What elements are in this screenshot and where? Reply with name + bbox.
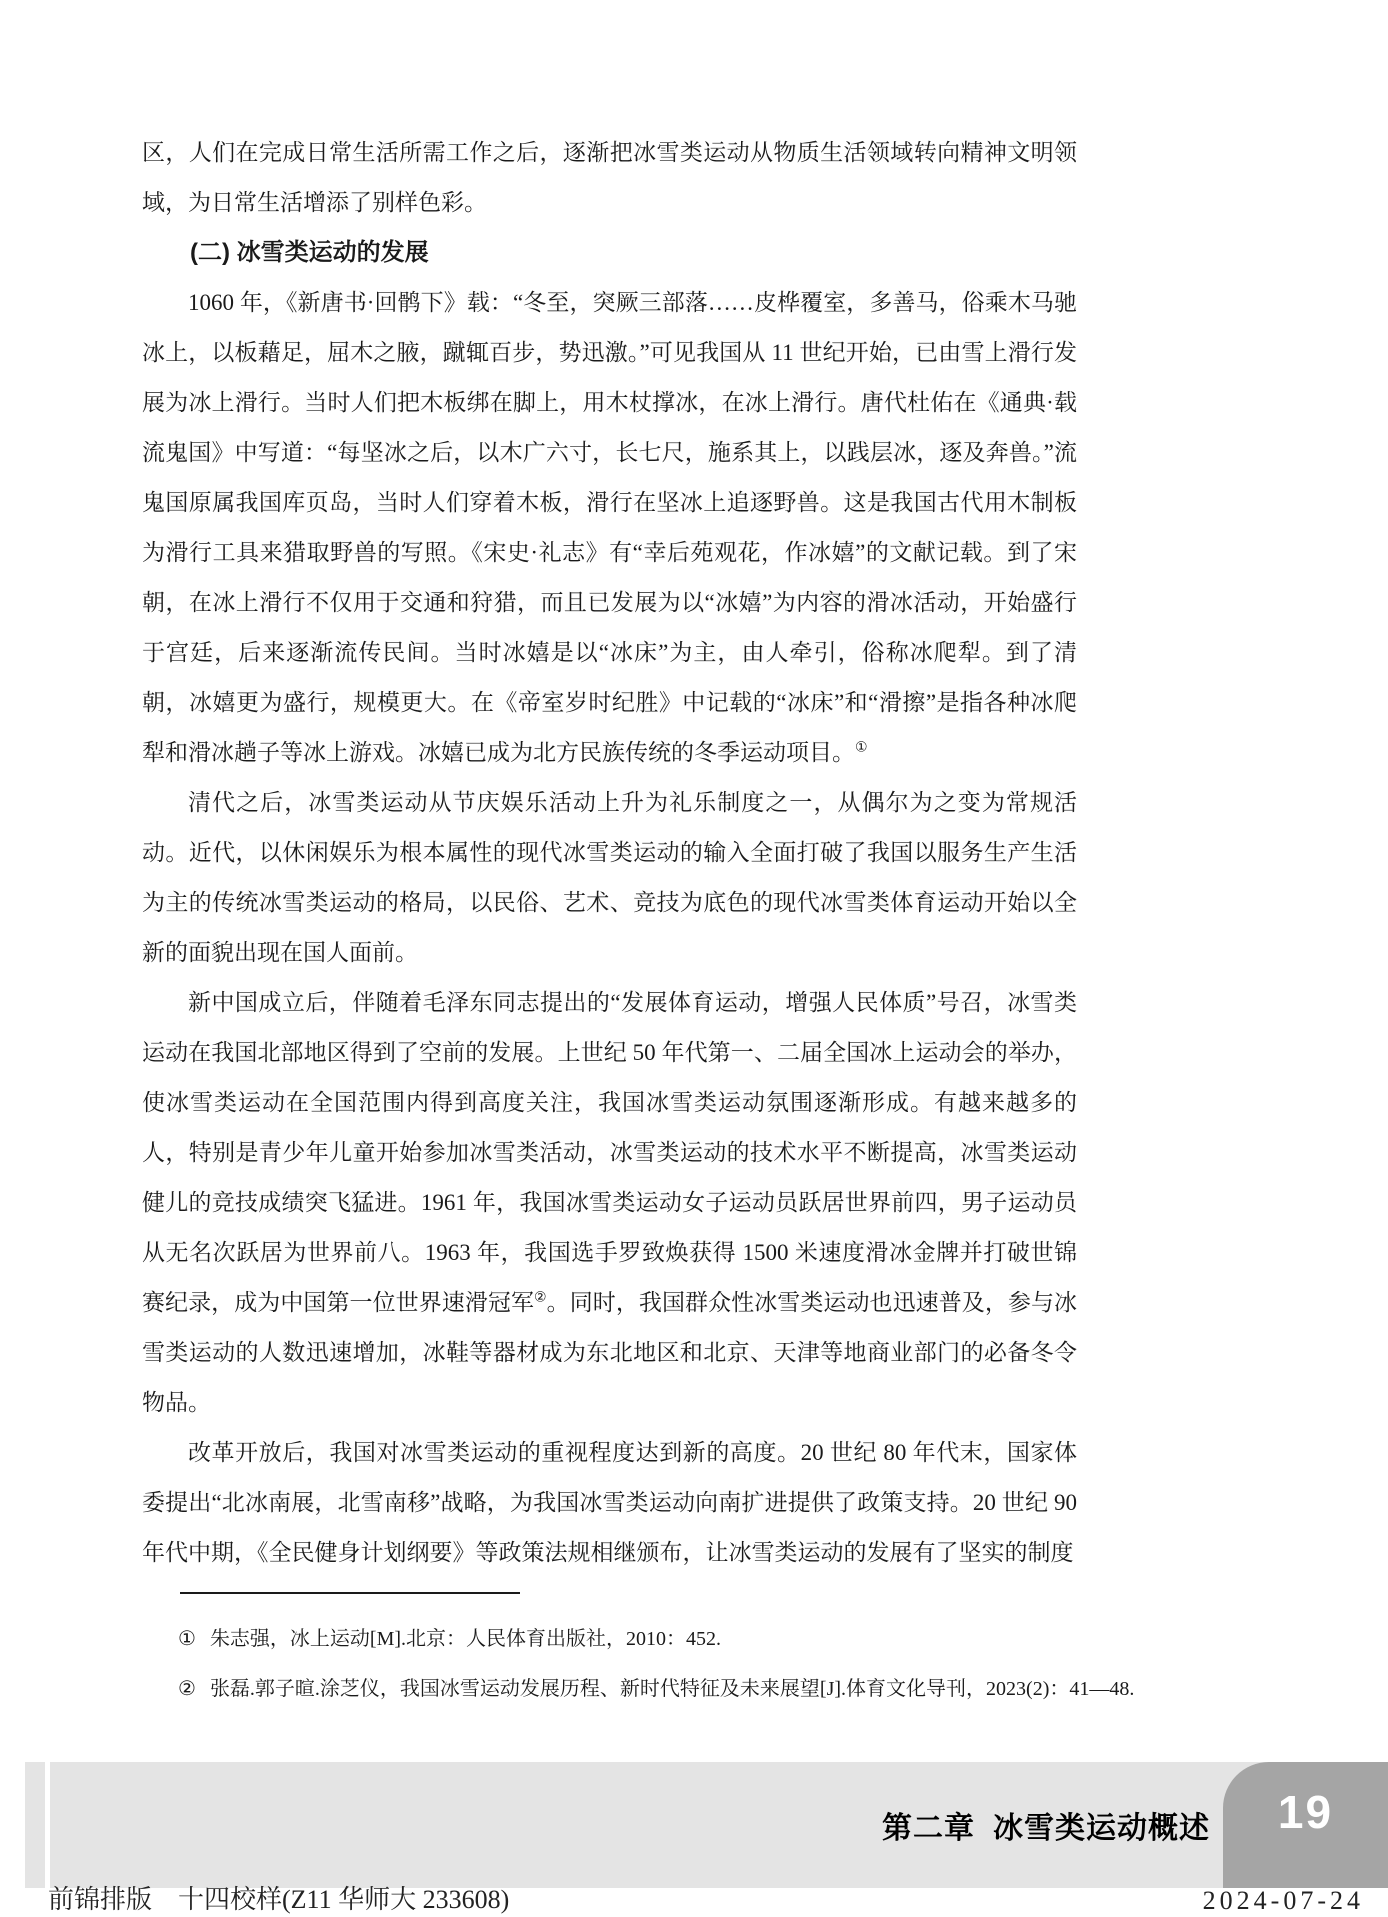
body-paragraph: 改革开放后，我国对冰雪类运动的重视程度达到新的高度。20 世纪 80 年代末，国…: [142, 1428, 1077, 1578]
body-paragraph: 1060 年，《新唐书·回鹘下》载：“冬至，突厥三部落……皮桦覆室，多善马，俗乘…: [142, 278, 1077, 778]
footnote-divider: [180, 1592, 520, 1594]
body-continuation: 区，人们在完成日常生活所需工作之后，逐渐把冰雪类运动从物质生活领域转向精神文明领…: [142, 128, 1077, 228]
chapter-title: 冰雪类运动概述: [993, 1803, 1210, 1847]
footnote-item: ①朱志强，冰上运动[M].北京：人民体育出版社，2010：452.: [178, 1614, 1178, 1664]
chapter-label: 第二章: [882, 1803, 975, 1847]
section-heading: (二) 冰雪类运动的发展: [142, 228, 1077, 278]
proof-date: 2024-07-24: [1203, 1886, 1364, 1916]
footer-band: 第二章 冰雪类运动概述: [50, 1762, 1388, 1888]
footnote-marker: ②: [178, 1664, 196, 1714]
footnote-item: ②张磊.郭子暄.涂芝仪，我国冰雪运动发展历程、新时代特征及未来展望[J].体育文…: [178, 1664, 1178, 1714]
footnote-ref: ①: [855, 740, 868, 755]
body-paragraph: 新中国成立后，伴随着毛泽东同志提出的“发展体育运动，增强人民体质”号召，冰雪类运…: [142, 978, 1077, 1428]
footnote-text: 张磊.郭子暄.涂芝仪，我国冰雪运动发展历程、新时代特征及未来展望[J].体育文化…: [210, 1664, 1178, 1714]
footnote-marker: ①: [178, 1614, 196, 1664]
proof-info-text: 前锦排版 十四校样(Z11 华师大 233608): [48, 1879, 509, 1916]
chapter-heading: 第二章 冰雪类运动概述: [882, 1762, 1210, 1888]
book-page: 区，人们在完成日常生活所需工作之后，逐渐把冰雪类运动从物质生活领域转向精神文明领…: [0, 0, 1388, 1917]
body-content: 区，人们在完成日常生活所需工作之后，逐渐把冰雪类运动从物质生活领域转向精神文明领…: [142, 128, 1077, 1578]
footnotes: ①朱志强，冰上运动[M].北京：人民体育出版社，2010：452.②张磊.郭子暄…: [178, 1614, 1178, 1714]
footnote-ref: ②: [534, 1290, 547, 1305]
page-number-tab: 19: [1223, 1762, 1388, 1888]
footer-edge-strip: [25, 1762, 45, 1888]
page-number: 19: [1278, 1785, 1333, 1839]
footnote-text: 朱志强，冰上运动[M].北京：人民体育出版社，2010：452.: [210, 1614, 1178, 1664]
body-paragraph: 清代之后，冰雪类运动从节庆娱乐活动上升为礼乐制度之一，从偶尔为之变为常规活动。近…: [142, 778, 1077, 978]
